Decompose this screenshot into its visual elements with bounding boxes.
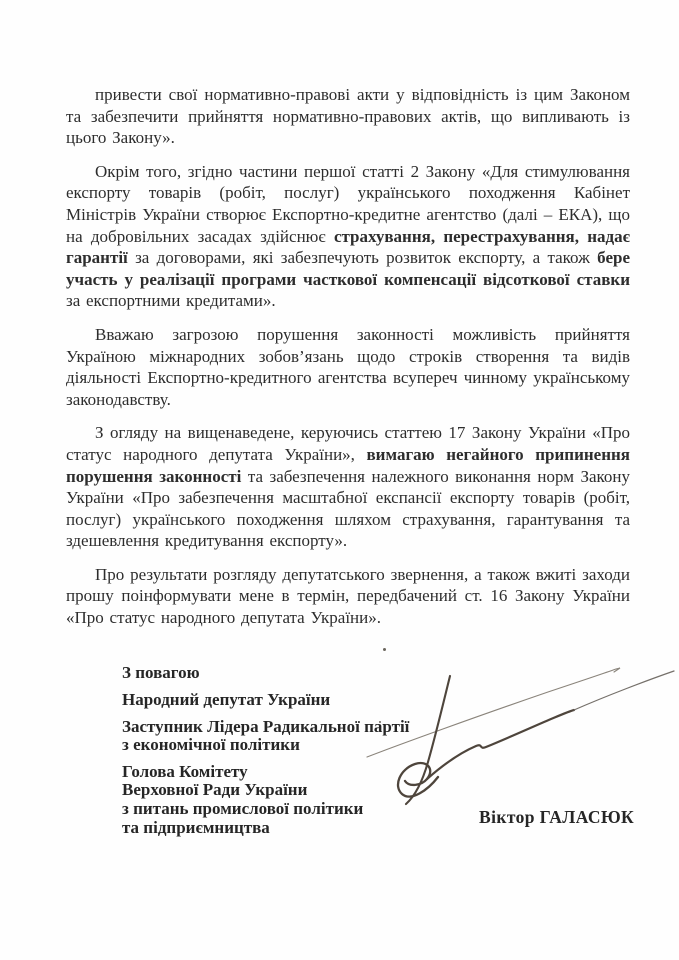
letter-paragraph: Вважаю загрозою порушення законності мож…	[66, 324, 630, 410]
document-page: привести свої нормативно-правові акти у …	[0, 0, 679, 960]
text-segment: Вважаю загрозою порушення законності мож…	[66, 325, 630, 409]
letter-paragraph: Окрім того, згідно частини першої статті…	[66, 161, 630, 312]
letter-paragraph: привести свої нормативно-правові акти у …	[66, 84, 630, 149]
letter-body: привести свої нормативно-правові акти у …	[66, 84, 630, 641]
text-segment: за договорами, які забезпечують розвиток…	[128, 248, 597, 267]
handwritten-signature	[358, 640, 678, 820]
scan-speck	[383, 648, 386, 651]
signature-tail-stroke	[427, 710, 574, 779]
letter-paragraph: Про результати розгляду депутатського зв…	[66, 564, 630, 629]
letter-paragraph: З огляду на вищенаведене, керуючись стат…	[66, 422, 630, 552]
signature-loop-stroke	[398, 763, 438, 797]
text-segment: за експортними кредитами».	[66, 291, 276, 310]
scan-speck	[379, 721, 381, 723]
signature-tail-thin-end	[574, 671, 674, 710]
text-segment: Про результати розгляду депутатського зв…	[66, 565, 630, 627]
text-segment: привести свої нормативно-правові акти у …	[66, 85, 630, 147]
signer-title-line: та підприємництва	[122, 819, 409, 838]
